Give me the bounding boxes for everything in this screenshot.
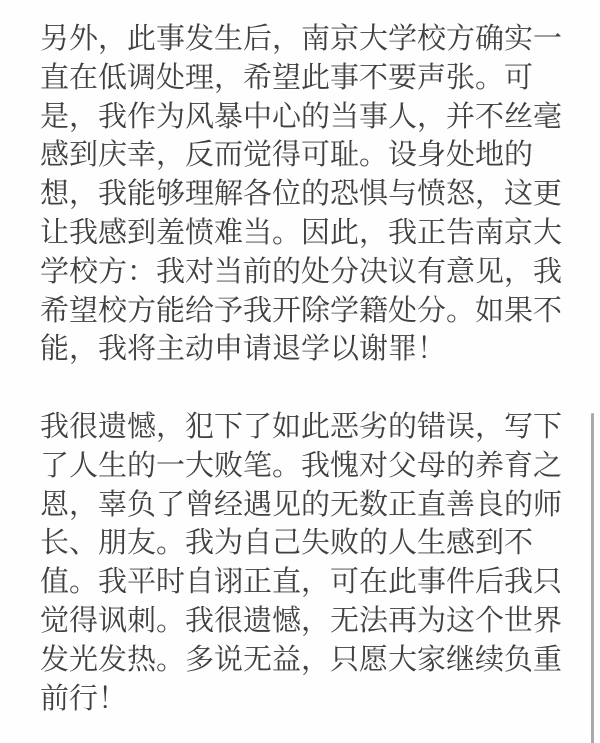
scrollbar-thumb[interactable]: [591, 413, 594, 743]
text-line: 值。我平时自诩正直，可在此事件后我只: [40, 563, 570, 602]
text-line: 想，我能够理解各位的恐惧与愤怒，这更: [40, 175, 570, 214]
text-body: 另外，此事发生后，南京大学校方确实一 直在低调处理，希望此事不要声张。可 是，我…: [40, 20, 570, 718]
paragraph-2: 我很遗憾，犯下了如此恶劣的错误，写下 了人生的一大败笔。我愧对父母的养育之 恩，…: [40, 408, 570, 718]
text-line: 能，我将主动申请退学以谢罪！: [40, 330, 570, 369]
text-line: 学校方：我对当前的处分决议有意见，我: [40, 253, 570, 292]
text-line: 希望校方能给予我开除学籍处分。如果不: [40, 292, 570, 331]
document-page: 另外，此事发生后，南京大学校方确实一 直在低调处理，希望此事不要声张。可 是，我…: [0, 0, 600, 743]
text-line: 前行！: [40, 680, 570, 719]
text-line: 感到庆幸，反而觉得可耻。设身处地的: [40, 136, 570, 175]
text-line: 觉得讽刺。我很遗憾，无法再为这个世界: [40, 602, 570, 641]
text-line: 长、朋友。我为自己失败的人生感到不: [40, 524, 570, 563]
paragraph-1: 另外，此事发生后，南京大学校方确实一 直在低调处理，希望此事不要声张。可 是，我…: [40, 20, 570, 369]
text-line: 我很遗憾，犯下了如此恶劣的错误，写下: [40, 408, 570, 447]
text-line: 另外，此事发生后，南京大学校方确实一: [40, 20, 570, 59]
text-line: 了人生的一大败笔。我愧对父母的养育之: [40, 447, 570, 486]
text-line: 直在低调处理，希望此事不要声张。可: [40, 59, 570, 98]
text-line: 发光发热。多说无益，只愿大家继续负重: [40, 641, 570, 680]
text-line: 恩，辜负了曾经遇见的无数正直善良的师: [40, 486, 570, 525]
text-line: 让我感到羞愤难当。因此，我正告南京大: [40, 214, 570, 253]
text-line: 是，我作为风暴中心的当事人，并不丝毫: [40, 98, 570, 137]
